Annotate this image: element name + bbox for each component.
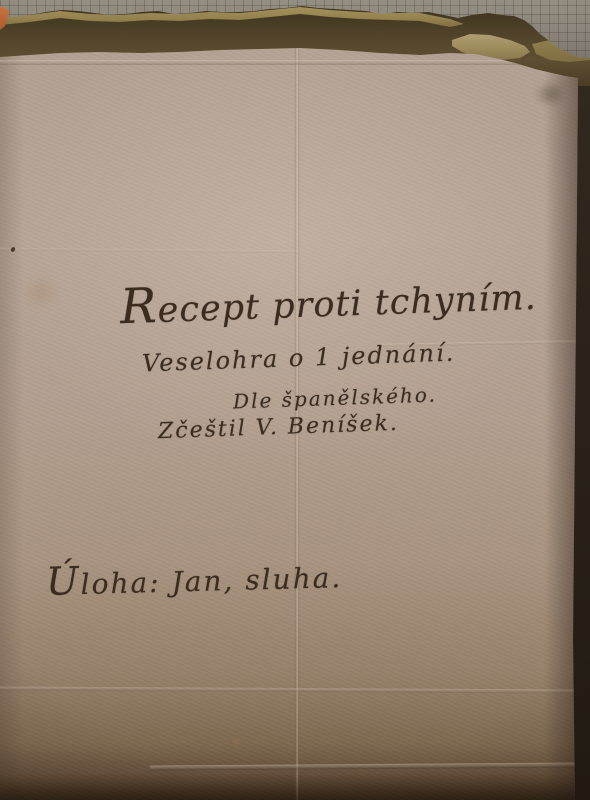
bottom-edge-shadow	[0, 774, 590, 800]
stain-speck	[10, 246, 16, 252]
stain-blot	[16, 270, 66, 314]
manuscript-translator-line: Zčeštil V. Beníšek.	[158, 413, 400, 443]
horizontal-crease-lower	[0, 686, 580, 693]
horizontal-crease-left	[0, 248, 300, 254]
manuscript-role-line: Úloha: Jan, sluha.	[46, 556, 343, 602]
horizontal-crease-top	[0, 60, 576, 65]
photo-frame: Recept proti tchyním. Veselohra o 1 jedn…	[0, 0, 590, 800]
paper-sheet: Recept proti tchyním. Veselohra o 1 jedn…	[0, 0, 590, 800]
manuscript-title: Recept proti tchyním.	[119, 269, 537, 332]
manuscript-genre-line: Veselohra o 1 jednání.	[142, 341, 456, 376]
manuscript-source-line: Dle španělského.	[233, 384, 437, 411]
right-edge-shadow	[546, 70, 578, 800]
stain-dot	[229, 735, 244, 748]
horizontal-crease-bottom	[150, 762, 580, 770]
